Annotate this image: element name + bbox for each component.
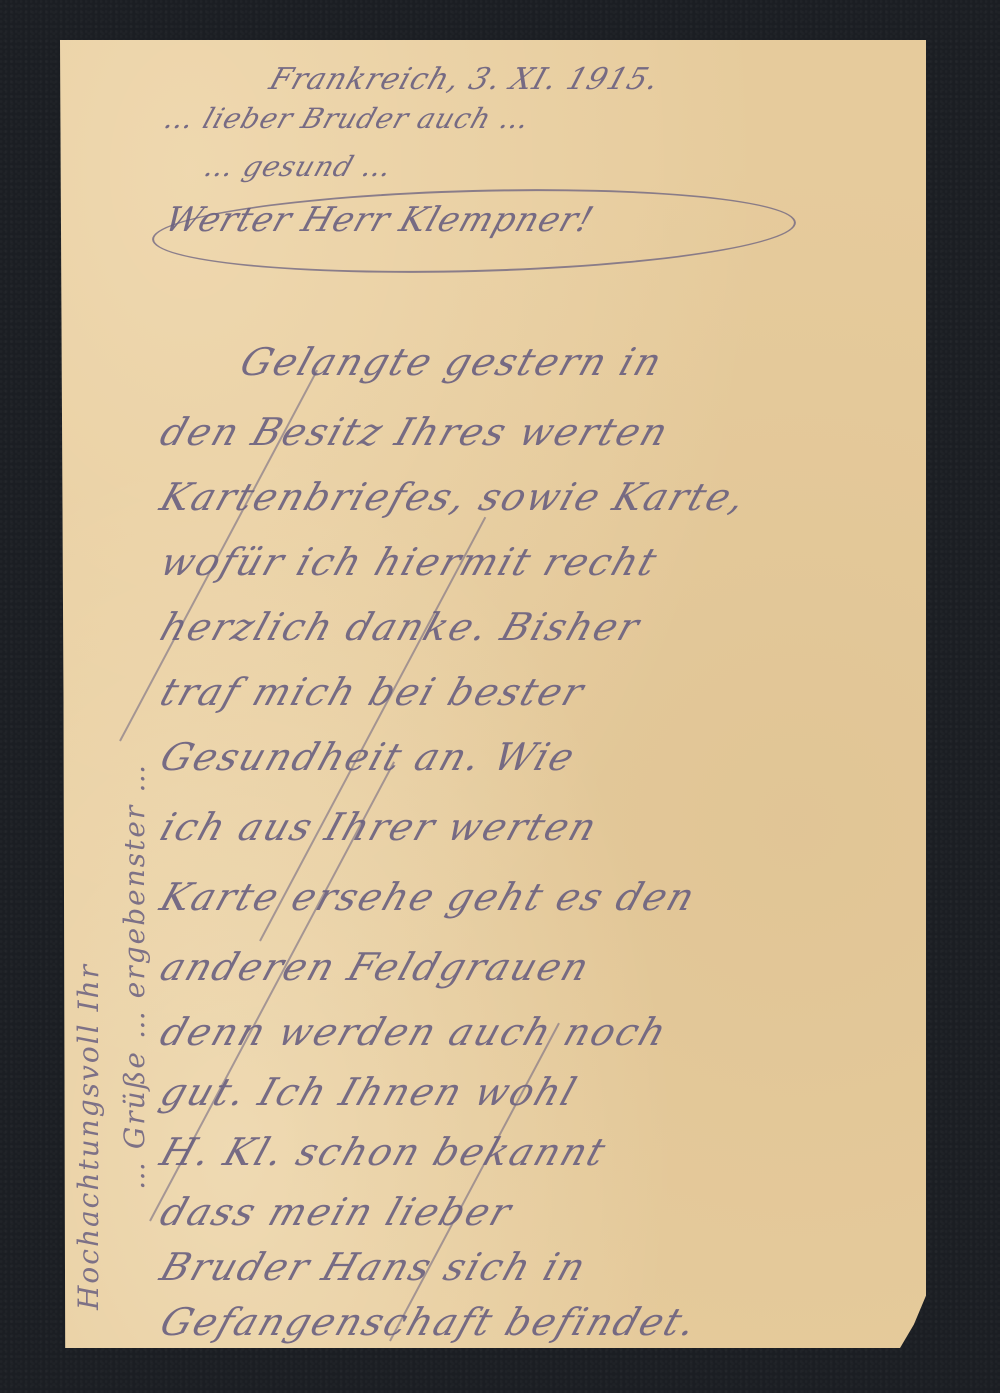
body-line: traf mich bei bester	[155, 670, 591, 714]
body-line: dass mein lieber	[155, 1190, 518, 1234]
body-line: ich aus Ihrer werten	[155, 805, 604, 849]
body-line: herzlich danke. Bisher	[155, 605, 646, 649]
body-line: denn werden auch noch	[155, 1010, 674, 1054]
place-date: Frankreich, 3. XI. 1915.	[265, 62, 664, 97]
margin-text-column-1: Hochachtungsvoll Ihr	[72, 963, 105, 1310]
header-line-3: … gesund …	[200, 150, 397, 183]
body-line: Gefangenschaft befindet.	[155, 1300, 704, 1344]
body-line: wofür ich hiermit recht	[155, 540, 664, 584]
body-line: Gesundheit an. Wie	[155, 735, 582, 779]
body-line: anderen Feldgrauen	[155, 945, 596, 989]
body-line: H. Kl. schon bekannt	[155, 1130, 613, 1174]
header-line-2: … lieber Bruder auch …	[160, 102, 535, 135]
margin-text-column-2: … Grüße … ergebenster …	[118, 763, 151, 1190]
postcard: Frankreich, 3. XI. 1915. … lieber Bruder…	[60, 40, 926, 1348]
body-line: Gelangte gestern in	[235, 340, 669, 384]
body-line: Karte ersehe geht es den	[155, 875, 702, 919]
body-line: Kartenbriefes, sowie Karte,	[155, 475, 753, 519]
body-line: Bruder Hans sich in	[155, 1245, 593, 1289]
salutation: Werter Herr Klempner!	[160, 200, 599, 240]
body-line: den Besitz Ihres werten	[155, 410, 675, 454]
